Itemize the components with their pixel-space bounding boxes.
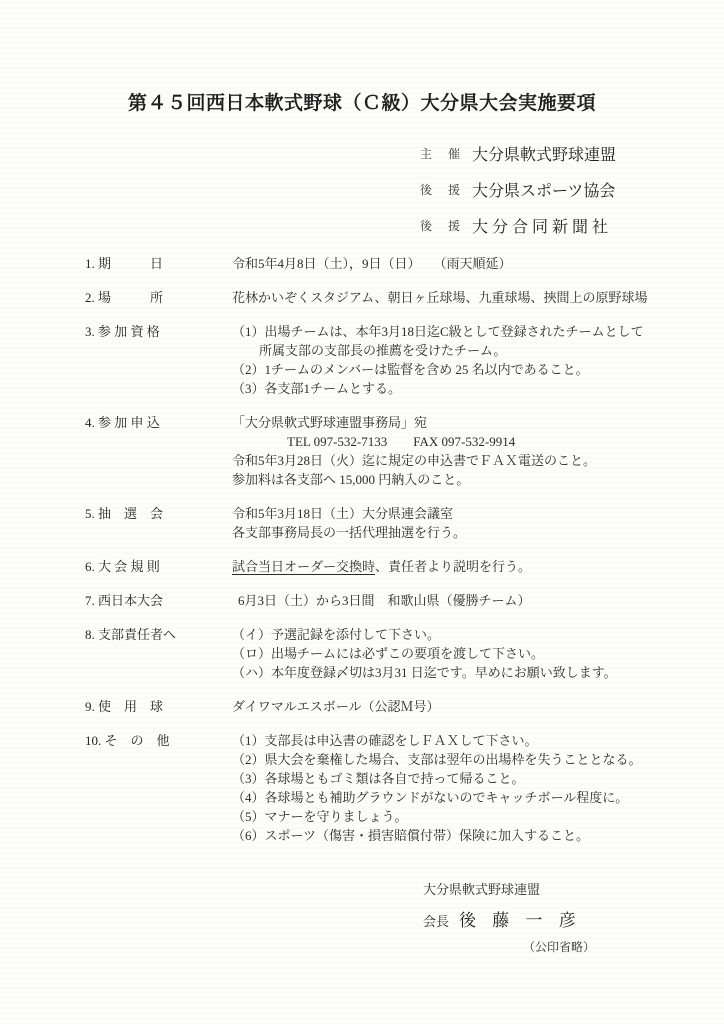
- sponsor-row-supporter-2: 後 援 大 分 合 同 新 聞 社: [420, 215, 616, 235]
- underlined-text: 試合当日オーダー交換時: [232, 559, 375, 574]
- item-label: 9. 使 用 球: [85, 697, 232, 716]
- item-line: 令和5年4月8日（土），9日（日） （雨天順延）: [232, 254, 663, 273]
- item-content: 「大分県軟式野球連盟事務局」宛 TEL 097-532-7133 FAX 097…: [232, 413, 663, 489]
- signature-organization: 大分県軟式野球連盟: [423, 879, 595, 898]
- item-line: （4）各球場とも補助グラウンドがないのでキャッチボール程度に。: [232, 788, 663, 807]
- item-row-eligibility: 3. 参 加 資 格 （1）出場チームは、本年3月18日迄C級として登録されたチ…: [85, 322, 663, 398]
- item-line: ダイワマルエスボール（公認Ｍ号）: [232, 697, 663, 716]
- item-line: （ロ）出場チームには必ずこの要項を渡して下さい。: [232, 644, 663, 663]
- item-line-rest: 、責任者より説明を行う。: [375, 559, 531, 574]
- sponsor-row-supporter-1: 後 援 大分県スポーツ協会: [420, 179, 616, 199]
- item-label: 7. 西日本大会: [85, 591, 232, 610]
- item-content: 令和5年4月8日（土），9日（日） （雨天順延）: [232, 254, 663, 273]
- signature-block: 大分県軟式野球連盟 会長 後 藤 一 彦 （公印省略）: [423, 879, 595, 955]
- item-line: （5）マナーを守りましょう。: [232, 807, 663, 826]
- document-title: 第４５回西日本軟式野球（Ｃ級）大分県大会実施要項: [0, 88, 724, 115]
- item-row-branch-managers: 8. 支部責任者へ （イ）予選記録を添付して下さい。 （ロ）出場チームには必ずこ…: [85, 625, 663, 682]
- item-label: 5. 抽 選 会: [85, 504, 232, 542]
- item-line: 試合当日オーダー交換時、責任者より説明を行う。: [232, 557, 663, 576]
- item-label: 8. 支部責任者へ: [85, 625, 232, 682]
- item-line: 「大分県軟式野球連盟事務局」宛: [232, 413, 663, 432]
- item-label: 6. 大 会 規 則: [85, 557, 232, 576]
- item-line: （3）各支部1チームとする。: [232, 379, 663, 398]
- item-row-rules: 6. 大 会 規 則 試合当日オーダー交換時、責任者より説明を行う。: [85, 557, 663, 576]
- item-content: （1）出場チームは、本年3月18日迄C級として登録されたチームとして 所属支部の…: [232, 322, 663, 398]
- item-line: （6）スポーツ（傷害・損害賠償付帯）保険に加入すること。: [232, 826, 663, 845]
- item-row-date: 1. 期 日 令和5年4月8日（土），9日（日） （雨天順延）: [85, 254, 663, 273]
- item-row-ball: 9. 使 用 球 ダイワマルエスボール（公認Ｍ号）: [85, 697, 663, 716]
- document-page: 第４５回西日本軟式野球（Ｃ級）大分県大会実施要項 主 催 大分県軟式野球連盟 後…: [0, 0, 724, 1024]
- clause-list: 1. 期 日 令和5年4月8日（土），9日（日） （雨天順延） 2. 場 所 花…: [85, 254, 663, 860]
- sponsor-name: 大 分 合 同 新 聞 社: [472, 214, 608, 237]
- item-line: （1）出場チームは、本年3月18日迄C級として登録されたチームとして: [232, 322, 663, 341]
- item-line: （2）1チームのメンバーは監督を含め 25 名以内であること。: [232, 360, 663, 379]
- item-line: 6月3日（土）から3日間 和歌山県（優勝チーム）: [232, 591, 663, 610]
- signature-name-row: 会長 後 藤 一 彦: [423, 906, 595, 931]
- item-label: 10. そ の 他: [85, 731, 232, 845]
- item-label: 1. 期 日: [85, 254, 232, 273]
- item-content: 花林かいぞくスタジアム、朝日ヶ丘球場、九重球場、挾間上の原野球場: [232, 288, 663, 307]
- sponsor-row-organizer: 主 催 大分県軟式野球連盟: [420, 143, 616, 163]
- item-line: （3）各球場ともゴミ類は各自で持って帰ること。: [232, 769, 663, 788]
- item-line: （1）支部長は申込書の確認をしＦＡＸして下さい。: [232, 731, 663, 750]
- item-line: 参加料は各支部へ 15,000 円納入のこと。: [232, 470, 663, 489]
- sponsor-role-label: 後 援: [420, 217, 464, 234]
- item-line: 令和5年3月18日（土）大分県連会議室: [232, 504, 663, 523]
- item-line: （ハ）本年度登録〆切は3月31 日迄です。早めにお願い致します。: [232, 663, 663, 682]
- item-content: （1）支部長は申込書の確認をしＦＡＸして下さい。 （2）県大会を棄権した場合、支…: [232, 731, 663, 845]
- sponsor-block: 主 催 大分県軟式野球連盟 後 援 大分県スポーツ協会 後 援 大 分 合 同 …: [420, 143, 616, 251]
- item-label: 3. 参 加 資 格: [85, 322, 232, 398]
- sponsor-name: 大分県スポーツ協会: [472, 178, 615, 201]
- item-row-lottery: 5. 抽 選 会 令和5年3月18日（土）大分県連会議室 各支部事務局長の一括代…: [85, 504, 663, 542]
- signature-name: 後 藤 一 彦: [459, 906, 582, 931]
- item-line: （イ）予選記録を添付して下さい。: [232, 625, 663, 644]
- seal-omitted-note: （公印省略）: [423, 938, 595, 955]
- sponsor-role-label: 主 催: [420, 145, 464, 162]
- item-line: 花林かいぞくスタジアム、朝日ヶ丘球場、九重球場、挾間上の原野球場: [232, 288, 663, 307]
- item-line: 各支部事務局長の一括代理抽選を行う。: [232, 523, 663, 542]
- item-line-tel-fax: TEL 097-532-7133 FAX 097-532-9914: [232, 432, 663, 451]
- item-content: ダイワマルエスボール（公認Ｍ号）: [232, 697, 663, 716]
- item-content: 試合当日オーダー交換時、責任者より説明を行う。: [232, 557, 663, 576]
- item-label: 2. 場 所: [85, 288, 232, 307]
- item-label: 4. 参 加 申 込: [85, 413, 232, 489]
- item-row-venue: 2. 場 所 花林かいぞくスタジアム、朝日ヶ丘球場、九重球場、挾間上の原野球場: [85, 288, 663, 307]
- item-content: （イ）予選記録を添付して下さい。 （ロ）出場チームには必ずこの要項を渡して下さい…: [232, 625, 663, 682]
- sponsor-name: 大分県軟式野球連盟: [472, 142, 616, 165]
- item-row-application: 4. 参 加 申 込 「大分県軟式野球連盟事務局」宛 TEL 097-532-7…: [85, 413, 663, 489]
- item-line: （2）県大会を棄権した場合、支部は翌年の出場枠を失うこととなる。: [232, 750, 663, 769]
- item-line: 所属支部の支部長の推薦を受けたチーム。: [232, 341, 663, 360]
- item-row-west-japan: 7. 西日本大会 6月3日（土）から3日間 和歌山県（優勝チーム）: [85, 591, 663, 610]
- sponsor-role-label: 後 援: [420, 181, 464, 198]
- item-content: 6月3日（土）から3日間 和歌山県（優勝チーム）: [232, 591, 663, 610]
- item-line: 令和5年3月28日（火）迄に規定の申込書でＦＡＸ電送のこと。: [232, 451, 663, 470]
- signature-role: 会長: [423, 911, 449, 930]
- item-content: 令和5年3月18日（土）大分県連会議室 各支部事務局長の一括代理抽選を行う。: [232, 504, 663, 542]
- item-row-misc: 10. そ の 他 （1）支部長は申込書の確認をしＦＡＸして下さい。 （2）県大…: [85, 731, 663, 845]
